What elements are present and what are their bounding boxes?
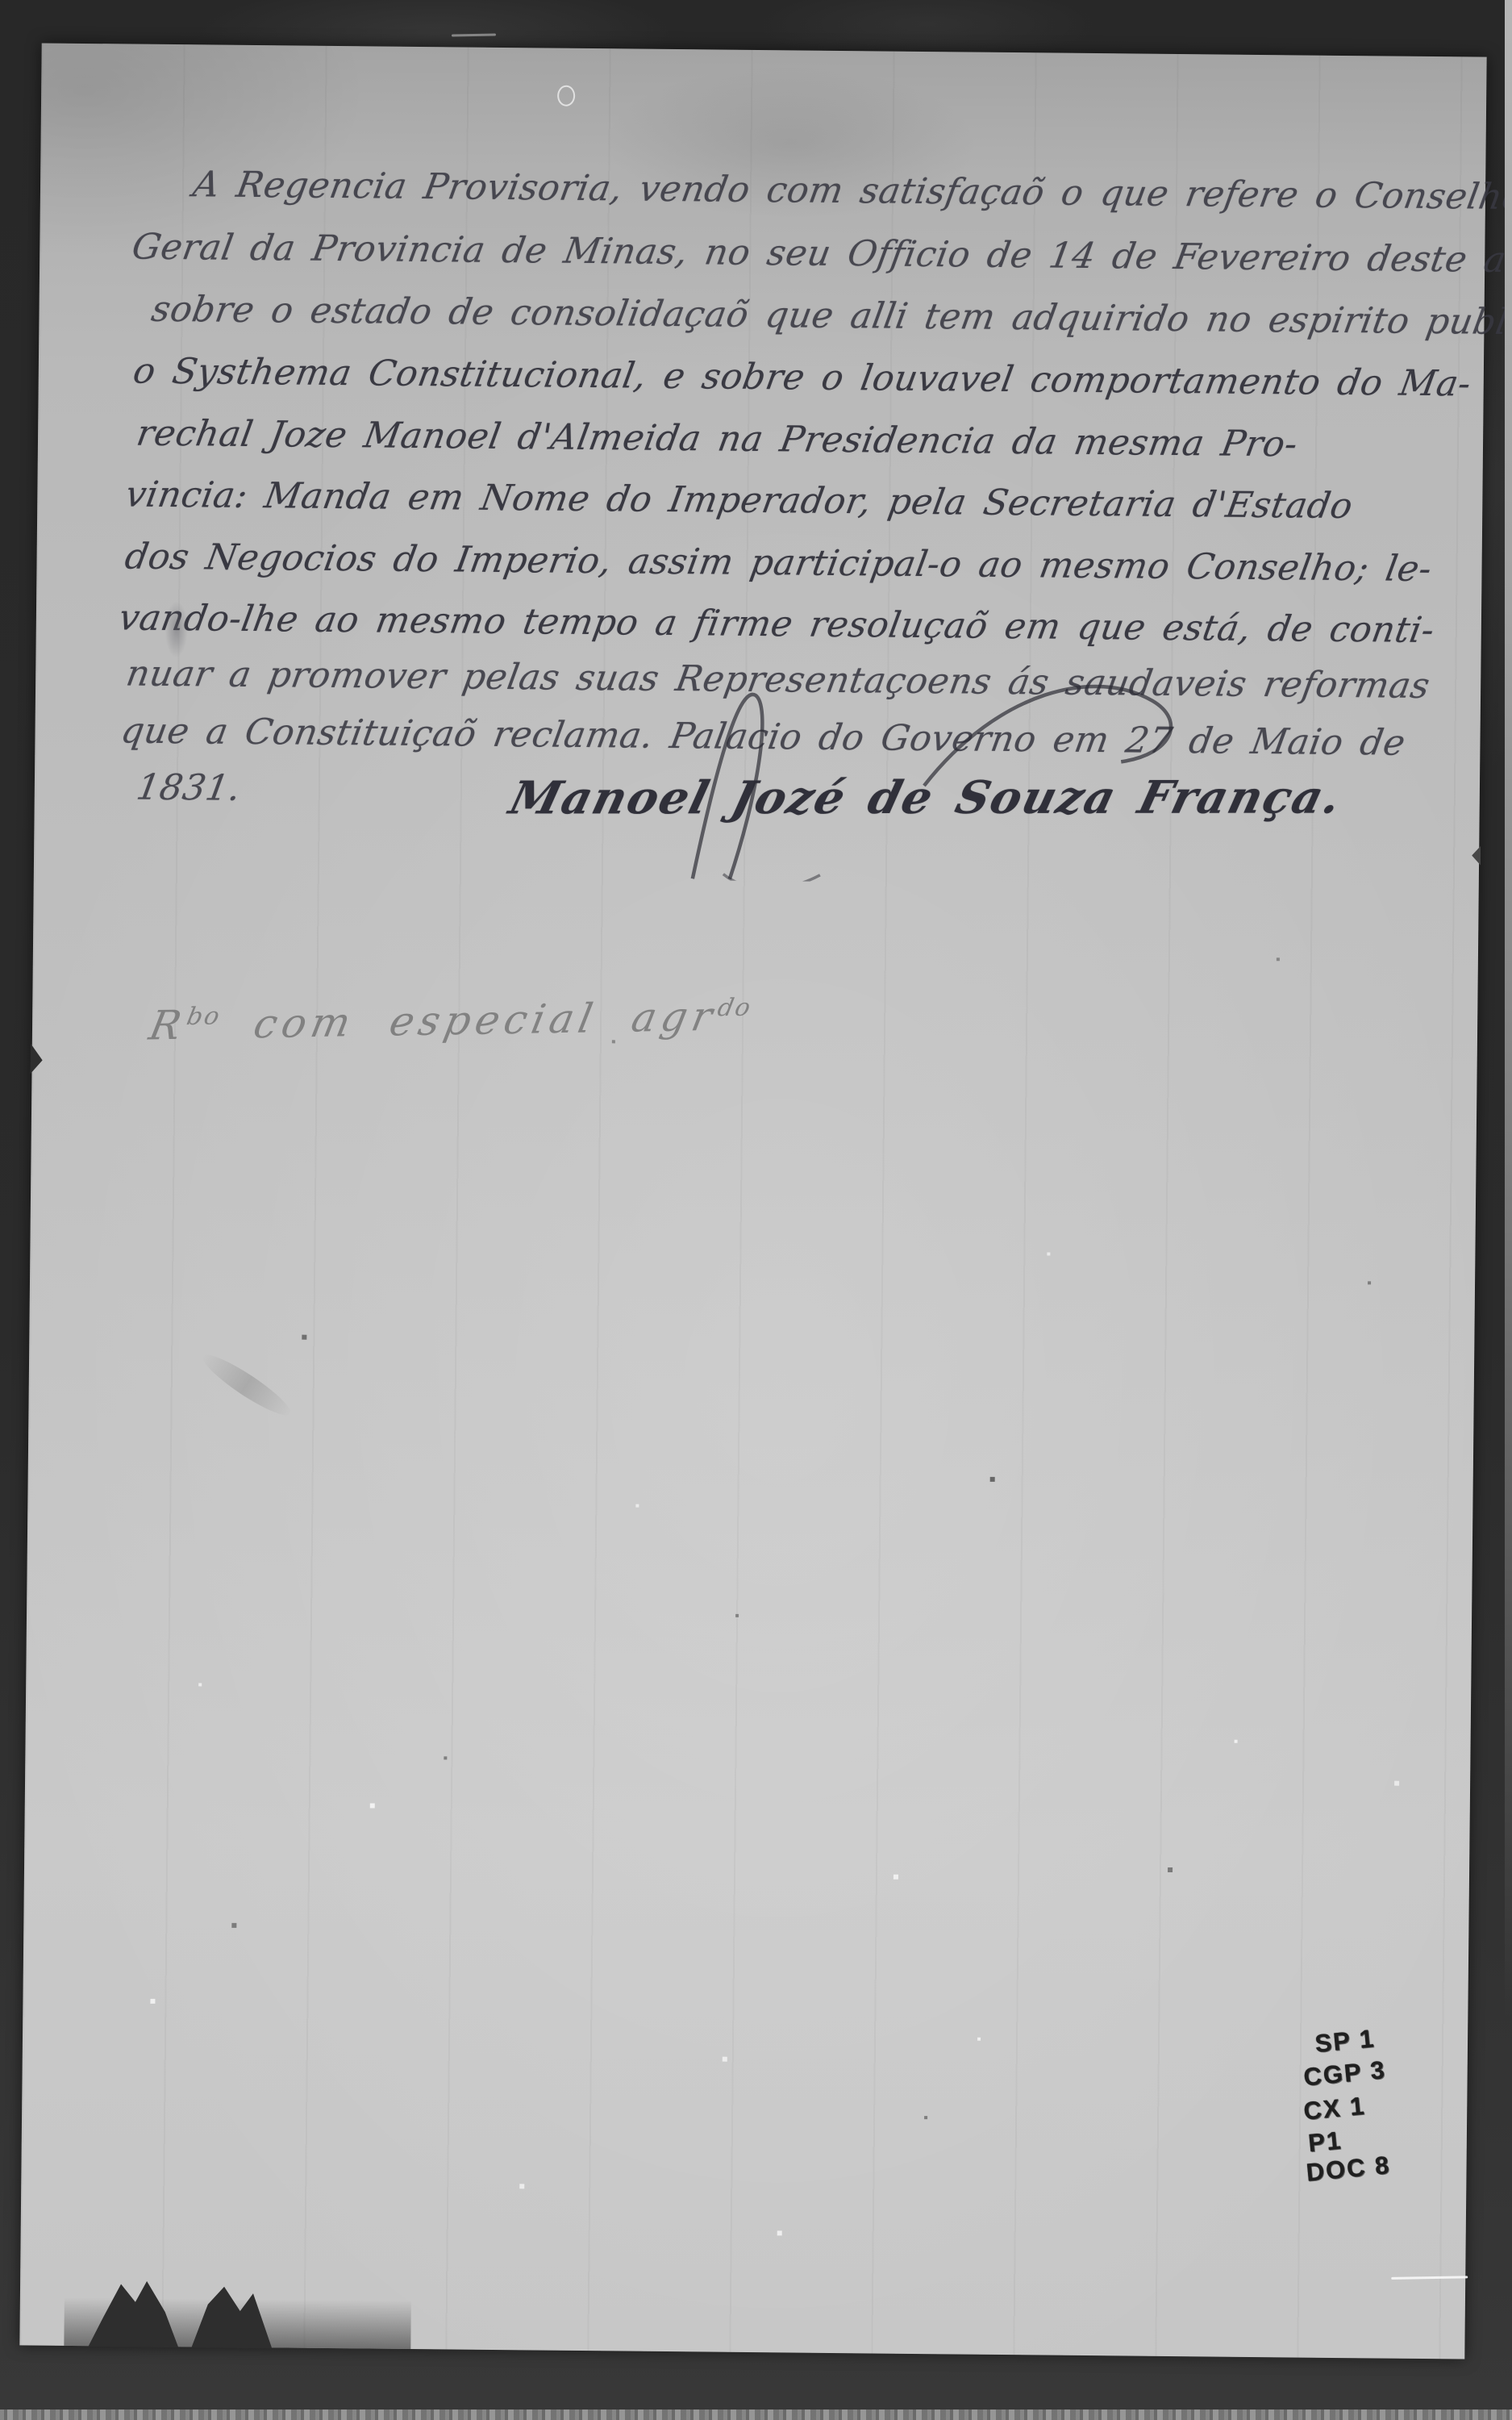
dust-specks bbox=[42, 43, 44, 44]
archival-mark: CGP 3 bbox=[1302, 2055, 1387, 2092]
scratch-mark bbox=[1391, 2276, 1468, 2280]
scratch-mark bbox=[557, 86, 575, 106]
manuscript-line: Geral da Provincia de Minas, no seu Offi… bbox=[129, 227, 1512, 282]
pencil-annotation-body-superscript: do bbox=[715, 994, 754, 1023]
manuscript-line: o Systhema Constitucional, e sobre o lou… bbox=[131, 351, 1474, 405]
scanned-document-photo: A Regencia Provisoria, vendo com satisfa… bbox=[0, 0, 1512, 2420]
signature: Manoel Jozé de Souza França. bbox=[504, 771, 1347, 825]
pencil-annotation-body: com especial agr bbox=[215, 993, 721, 1048]
pencil-annotation-initial: R bbox=[145, 1002, 190, 1049]
manuscript-line: 1831. bbox=[134, 767, 244, 809]
manuscript-line: dos Negocios do Imperio, assim participa… bbox=[122, 536, 1435, 590]
manuscript-line: rechal Joze Manoel d'Almeida na Presiden… bbox=[134, 413, 1301, 465]
manuscript-line: vincia: Manda em Nome do Imperador, pela… bbox=[123, 474, 1356, 528]
manuscript-line: sobre o estado de consolidaçaõ que alli … bbox=[148, 289, 1512, 344]
archival-mark: SP 1 bbox=[1314, 2024, 1377, 2059]
archival-mark: CX 1 bbox=[1302, 2092, 1367, 2126]
scratch-mark bbox=[452, 34, 496, 37]
paper-tear bbox=[30, 1043, 42, 1074]
manuscript-page: A Regencia Provisoria, vendo com satisfa… bbox=[19, 43, 1486, 2359]
film-edge-strip bbox=[1505, 0, 1512, 2017]
archival-reference-marks: SP 1 CGP 3 CX 1 P1 DOC 8 bbox=[1293, 2015, 1489, 2241]
stain bbox=[197, 1347, 296, 1423]
stain bbox=[165, 601, 188, 657]
paper-edge-nick bbox=[1472, 846, 1481, 866]
bottom-grain-strip bbox=[0, 2410, 1512, 2420]
manuscript-line: vando-lhe ao mesmo tempo a firme resoluç… bbox=[116, 597, 1438, 651]
pencil-annotation-initial-superscript: bo bbox=[185, 1002, 223, 1031]
archival-mark: P1 bbox=[1307, 2126, 1343, 2159]
pencil-annotation: Rbo com especial agrdo bbox=[145, 992, 754, 1049]
